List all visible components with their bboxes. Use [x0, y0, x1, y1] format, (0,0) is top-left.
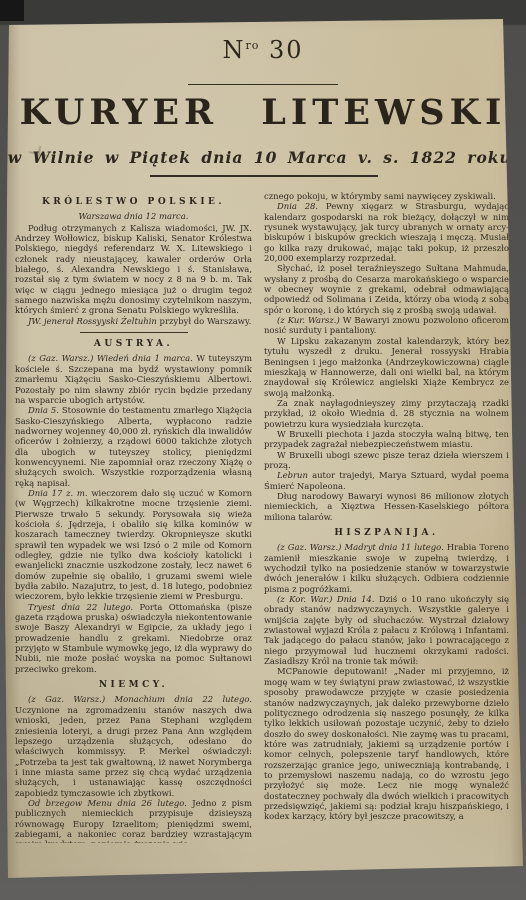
- article-paragraph: (z Gaz. Warsz.) Wiedeń dnia 1 marca. W t…: [15, 353, 252, 405]
- article-paragraph: Od brzegow Menu dnia 26 lutego. Jedno z …: [15, 798, 252, 843]
- newspaper-page: Nro 30 KURYER LITEWSKI w Wilnie w Piątek…: [0, 0, 526, 900]
- article-paragraph: W Lipsku zakazanym został kalendarzyk, k…: [264, 336, 509, 398]
- article-paragraph: MCPanowie deputowani! „Nader mi przyjemn…: [264, 666, 509, 821]
- article-paragraph: W Bruxelli ubogi szewc pisze teraz dzieł…: [264, 450, 509, 471]
- issue-number: Nro 30: [0, 36, 526, 64]
- issue-superscript: ro: [245, 39, 259, 52]
- article-paragraph: W Bruxelli piechota i jazda stoczyła wal…: [264, 429, 509, 450]
- issue-prefix: N: [222, 36, 245, 64]
- backdrop-corner-shadow: [0, 0, 24, 21]
- article-paragraph: Dnia 5. Stosownie do testamentu zmarłego…: [15, 405, 252, 488]
- article-paragraph: Lebrun autor trajedyi, Marya Sztuard, wy…: [264, 470, 509, 491]
- article-paragraph: JW. jenerał Rossyyski Żeltuhin przybył d…: [15, 316, 252, 326]
- article-paragraph: (z Gaz. Warsz.) Madryt dnia 11 lutego. H…: [264, 542, 509, 594]
- article-paragraph: (z Kor. War.) Dnia 14. Dziś o 10 rano uk…: [264, 594, 509, 666]
- masthead-dateline: w Wilnie w Piątek dnia 10 Marca v. s. 18…: [0, 148, 526, 167]
- scan-backdrop: Nro 30 KURYER LITEWSKI w Wilnie w Piątek…: [0, 0, 526, 900]
- article-paragraph: (z Gaz. Warsz.) Monachium dnia 22 lutego…: [15, 694, 252, 797]
- section-heading: HISZPANIJA.: [264, 528, 509, 538]
- article-columns: KRÓLESTWO POLSKIE.Warszawa dnia 12 marca…: [15, 191, 509, 843]
- masthead-rule: [150, 175, 378, 177]
- article-paragraph: Za znak nayłagodnieyszey zimy przytaczaj…: [264, 398, 509, 429]
- column-left: KRÓLESTWO POLSKIE.Warszawa dnia 12 marca…: [15, 191, 252, 843]
- column-right: cznego pokoju, w którymby sami naywięcey…: [264, 191, 509, 843]
- article-paragraph: Podług otrzymanych z Kalisza wiadomości,…: [15, 223, 252, 316]
- article-paragraph: Słychać, iż poseł teraźnieyszego Sułtana…: [264, 263, 509, 315]
- section-heading: KRÓLESTWO POLSKIE.: [15, 197, 252, 207]
- newspaper-title: KURYER LITEWSKI: [0, 92, 526, 133]
- article-paragraph: (z Kur. Warsz.) W Bawaryi znowu pozwolon…: [264, 315, 509, 336]
- article-dateline: Warszawa dnia 12 marca.: [15, 211, 252, 221]
- section-divider: [80, 332, 188, 333]
- article-paragraph: Dnia 28. Pewny xięgarz w Strasburgu, wyd…: [264, 201, 509, 263]
- section-heading: AUSTRYA.: [15, 339, 252, 349]
- section-heading: NIEMCY.: [15, 680, 252, 690]
- issue-value: 30: [269, 36, 304, 64]
- issue-rule: [188, 84, 338, 85]
- article-paragraph: cznego pokoju, w którymby sami naywięcey…: [264, 191, 509, 201]
- article-paragraph: Tryest dnia 22 lutego. Porta Ottomańska …: [15, 602, 252, 674]
- article-paragraph: Dnia 17 z. m. wieczorem dało się uczuć w…: [15, 488, 252, 602]
- article-paragraph: Dług narodowy Bawaryi wynosi 86 milionow…: [264, 491, 509, 522]
